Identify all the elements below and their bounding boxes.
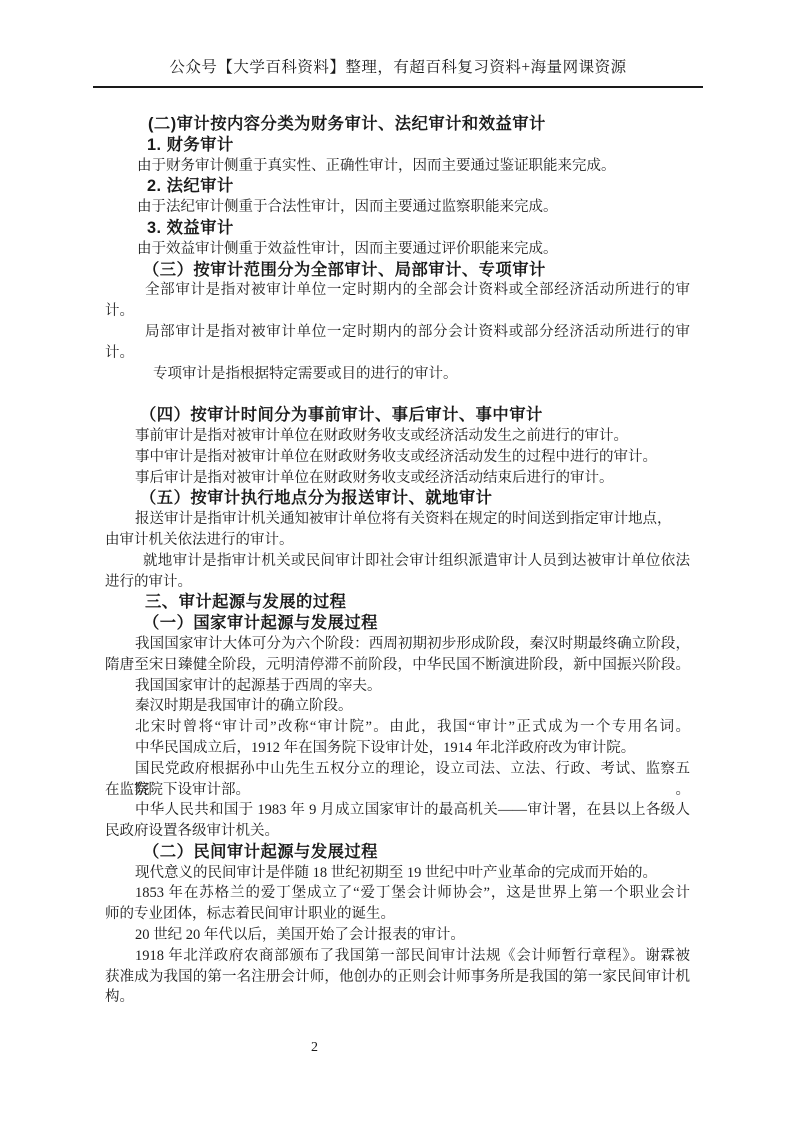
text-line: 计。 bbox=[105, 301, 690, 322]
text-line: 中华人民共和国于 1983 年 9 月成立国家审计的最高机关——审计署，在县以上… bbox=[105, 800, 690, 821]
text-line: 计。 bbox=[105, 343, 690, 364]
heading-line: （四）按审计时间分为事前审计、事后审计、事中审计 bbox=[105, 405, 690, 426]
text-line: 局部审计是指对被审计单位一定时期内的部分会计资料或部分经济活动所进行的审 bbox=[105, 322, 690, 343]
text-line: 1853 年在苏格兰的爱丁堡成立了“爱丁堡会计师协会”，这是世界上第一个职业会计 bbox=[105, 883, 690, 904]
text-line: 北宋时曾将“审计司”改称“审计院”。由此，我国“审计”正式成为一个专用名词。 bbox=[105, 717, 690, 738]
text-line: 进行的审计。 bbox=[105, 572, 690, 593]
document-page: 公众号【大学百科资料】整理，有超百科复习资料+海量网课资源 (二)审计按内容分类… bbox=[0, 0, 793, 1122]
text-line: 获准成为我国的第一名注册会计师，他创办的正则会计师事务所是我国的第一家民间审计机 bbox=[105, 967, 690, 988]
header-text: 公众号【大学百科资料】整理，有超百科复习资料+海量网课资源 bbox=[169, 59, 626, 76]
document-body: (二)审计按内容分类为财务审计、法纪审计和效益审计1. 财务审计由于财务审计侧重… bbox=[105, 114, 690, 1008]
text-line: 国民党政府根据孙中山先生五权分立的理论，设立司法、立法、行政、考试、监察五院。 bbox=[105, 759, 690, 780]
text-line: 由于财务审计侧重于真实性、正确性审计，因而主要通过鉴证职能来完成。 bbox=[105, 156, 690, 177]
heading-line: 2. 法纪审计 bbox=[105, 176, 690, 197]
heading-line: （一）国家审计起源与发展过程 bbox=[105, 613, 690, 634]
text-line: 秦汉时期是我国审计的确立阶段。 bbox=[105, 696, 690, 717]
text-line: 构。 bbox=[105, 987, 690, 1008]
text-line: 现代意义的民间审计是伴随 18 世纪初期至 19 世纪中叶产业革命的完成而开始的… bbox=[105, 863, 690, 884]
heading-line: （三）按审计范围分为全部审计、局部审计、专项审计 bbox=[105, 260, 690, 281]
text-line: 报送审计是指审计机关通知被审计单位将有关资料在规定的时间送到指定审计地点， bbox=[105, 509, 690, 530]
heading-line: (二)审计按内容分类为财务审计、法纪审计和效益审计 bbox=[105, 114, 690, 135]
text-line: 由于效益审计侧重于效益性审计，因而主要通过评价职能来完成。 bbox=[105, 239, 690, 260]
text-line: 中华民国成立后，1912 年在国务院下设审计处，1914 年北洋政府改为审计院。 bbox=[105, 738, 690, 759]
page-number: 2 bbox=[311, 1038, 318, 1058]
heading-line: 三、审计起源与发展的过程 bbox=[105, 592, 690, 613]
text-line: 事中审计是指对被审计单位在财政财务收支或经济活动发生的过程中进行的审计。 bbox=[105, 447, 690, 468]
heading-line: （五）按审计执行地点分为报送审计、就地审计 bbox=[105, 488, 690, 509]
heading-line: 3. 效益审计 bbox=[105, 218, 690, 239]
text-line: 由审计机关依法进行的审计。 bbox=[105, 530, 690, 551]
text-line: 20 世纪 20 年代以后，美国开始了会计报表的审计。 bbox=[105, 925, 690, 946]
text-line: 我国国家审计的起源基于西周的宰夫。 bbox=[105, 676, 690, 697]
heading-line: 1. 财务审计 bbox=[105, 135, 690, 156]
text-line: 隋唐至宋日臻健全阶段，元明清停滞不前阶段，中华民国不断演进阶段，新中国振兴阶段。 bbox=[105, 655, 690, 676]
blank-line bbox=[105, 384, 690, 405]
heading-line: （二）民间审计起源与发展过程 bbox=[105, 842, 690, 863]
text-line: 事后审计是指对被审计单位在财政财务收支或经济活动结束后进行的审计。 bbox=[105, 468, 690, 489]
text-line: 就地审计是指审计机关或民间审计即社会审计组织派遣审计人员到达被审计单位依法 bbox=[105, 551, 690, 572]
text-line: 我国国家审计大体可分为六个阶段：西周初期初步形成阶段，秦汉时期最终确立阶段， bbox=[105, 634, 690, 655]
text-line: 全部审计是指对被审计单位一定时期内的全部会计资料或全部经济活动所进行的审 bbox=[105, 280, 690, 301]
text-line: 民政府设置各级审计机关。 bbox=[105, 821, 690, 842]
text-line: 1918 年北洋政府农商部颁布了我国第一部民间审计法规《会计师暂行章程》。谢霖被 bbox=[105, 946, 690, 967]
text-line: 师的专业团体，标志着民间审计职业的诞生。 bbox=[105, 904, 690, 925]
text-line: 由于法纪审计侧重于合法性审计，因而主要通过监察职能来完成。 bbox=[105, 197, 690, 218]
page-header: 公众号【大学百科资料】整理，有超百科复习资料+海量网课资源 bbox=[93, 56, 703, 88]
text-line: 专项审计是指根据特定需要或目的进行的审计。 bbox=[105, 364, 690, 385]
text-line: 事前审计是指对被审计单位在财政财务收支或经济活动发生之前进行的审计。 bbox=[105, 426, 690, 447]
